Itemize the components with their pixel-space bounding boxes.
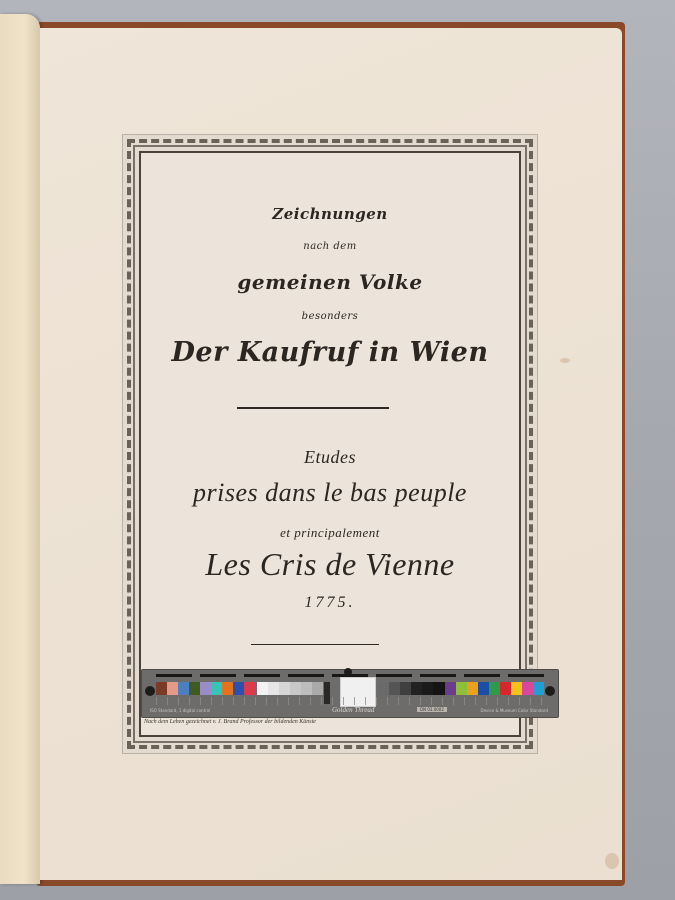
color-swatch bbox=[389, 682, 400, 695]
color-swatch bbox=[467, 682, 478, 695]
color-swatch bbox=[411, 682, 422, 695]
color-swatch bbox=[244, 682, 255, 695]
color-swatch bbox=[478, 682, 489, 695]
french-title-line-1: Etudes bbox=[141, 447, 519, 468]
german-title-main: Der Kaufruf in Wien bbox=[141, 337, 519, 368]
color-swatch bbox=[522, 682, 533, 695]
ruler-ticks bbox=[156, 697, 544, 705]
card-brand: Golden Thread bbox=[332, 706, 374, 714]
color-swatches-right bbox=[445, 682, 544, 695]
color-swatch bbox=[489, 682, 500, 695]
color-swatch bbox=[422, 682, 433, 695]
color-swatch bbox=[156, 682, 167, 695]
imprint-line: Nach dem Leben gezeichnet v. J. Brand Pr… bbox=[144, 719, 316, 725]
divider-rule bbox=[237, 407, 389, 409]
color-swatch bbox=[279, 682, 290, 695]
color-swatch bbox=[257, 682, 268, 695]
color-swatch bbox=[511, 682, 522, 695]
color-swatch bbox=[268, 682, 279, 695]
german-title-line-2: nach dem bbox=[141, 241, 519, 252]
engraved-plate: Zeichnungen nach dem gemeinen Volke beso… bbox=[122, 134, 538, 754]
german-title-line-4: besonders bbox=[141, 311, 519, 322]
color-swatch bbox=[400, 682, 411, 695]
color-swatch bbox=[500, 682, 511, 695]
french-title-line-3: et principalement bbox=[141, 525, 519, 541]
color-swatch bbox=[222, 682, 233, 695]
color-swatch bbox=[211, 682, 222, 695]
color-swatch bbox=[301, 682, 312, 695]
card-left-caption: ISO Standard, 1 digital control bbox=[150, 708, 210, 713]
color-swatch bbox=[456, 682, 467, 695]
french-title-main: Les Cris de Vienne bbox=[141, 546, 519, 583]
color-swatch bbox=[312, 682, 323, 695]
left-page-edge bbox=[0, 14, 40, 884]
color-swatch bbox=[167, 682, 178, 695]
color-swatch bbox=[233, 682, 244, 695]
french-title-line-2: prises dans le bas peuple bbox=[141, 478, 519, 508]
inner-frame: Zeichnungen nach dem gemeinen Volke beso… bbox=[139, 151, 521, 737]
german-title-line-3: gemeinen Volke bbox=[141, 270, 519, 294]
german-title-line-1: Zeichnungen bbox=[141, 205, 519, 223]
color-swatch bbox=[290, 682, 301, 695]
card-hole-left bbox=[145, 686, 155, 696]
stain bbox=[605, 853, 619, 869]
card-hole-top bbox=[344, 668, 352, 676]
card-id: DN 03.0002 bbox=[417, 707, 447, 712]
card-hole-right bbox=[545, 686, 555, 696]
color-swatch bbox=[433, 682, 444, 695]
color-calibration-card: ISO Standard, 1 digital control Golden T… bbox=[141, 669, 559, 718]
color-swatches-left bbox=[156, 682, 255, 695]
dark-gray-swatches bbox=[378, 682, 455, 695]
color-swatch bbox=[200, 682, 211, 695]
color-swatch bbox=[178, 682, 189, 695]
gray-swatches bbox=[257, 682, 323, 695]
color-swatch bbox=[533, 682, 544, 695]
color-swatch bbox=[189, 682, 200, 695]
color-swatch bbox=[445, 682, 456, 695]
card-right-caption: Device & Museum Color Standard bbox=[481, 708, 549, 713]
year: 1775. bbox=[141, 594, 519, 612]
bottom-rule bbox=[251, 644, 379, 645]
color-swatch bbox=[378, 682, 389, 695]
stain bbox=[560, 358, 570, 363]
